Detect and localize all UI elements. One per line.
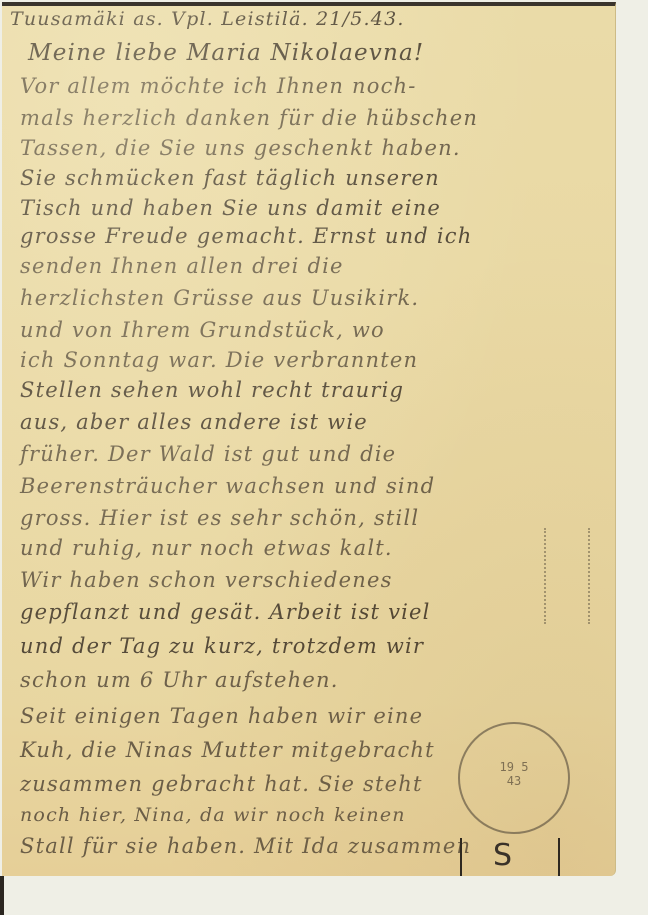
letter-line: senden Ihnen allen drei die	[20, 254, 344, 278]
letter-line: Tassen, die Sie uns geschenkt haben.	[20, 136, 461, 160]
letter-line: ich Sonntag war. Die verbrannten	[20, 348, 418, 372]
letter-line: gross. Hier ist es sehr schön, still	[20, 506, 419, 530]
letter-line: und ruhig, nur noch etwas kalt.	[20, 536, 393, 560]
letter-line: schon um 6 Uhr aufstehen.	[20, 668, 339, 692]
letter-line: herzlichsten Grüsse aus Uusikirk.	[20, 286, 419, 310]
letter-line: gepflanzt und gesät. Arbeit ist viel	[20, 600, 431, 624]
letter-line: Kuh, die Ninas Mutter mitgebracht	[20, 738, 435, 762]
header-line: Tuusamäki as. Vpl. Leistilä. 21/5.43.	[10, 8, 405, 30]
letter-line: grosse Freude gemacht. Ernst und ich	[20, 224, 472, 248]
letter-line: und von Ihrem Grundstück, wo	[20, 318, 385, 342]
letter-line: mals herzlich danken für die hübschen	[20, 106, 478, 130]
letter-line: noch hier, Nina, da wir noch keinen	[20, 804, 406, 826]
letter-line: aus, aber alles andere ist wie	[20, 410, 368, 434]
postmark-text: 19 5 43	[490, 760, 538, 788]
letter-line: Sie schmücken fast täglich unseren	[20, 166, 440, 190]
letter-line: Stall für sie haben. Mit Ida zusammen	[20, 834, 471, 858]
dotted-guide-line	[544, 528, 546, 624]
letter-line: Wir haben schon verschiedenes	[20, 568, 393, 592]
letter-line: früher. Der Wald ist gut und die	[20, 442, 396, 466]
scan-edge-strip	[0, 876, 4, 915]
letter-line: Seit einigen Tagen haben wir eine	[20, 704, 423, 728]
letter-line: Tisch und haben Sie uns damit eine	[20, 196, 441, 220]
salutation: Meine liebe Maria Nikolaevna!	[28, 40, 424, 66]
letter-line: zusammen gebracht hat. Sie steht	[20, 772, 423, 796]
letter-line: Stellen sehen wohl recht traurig	[20, 378, 404, 402]
letter-line: Beerensträucher wachsen und sind	[20, 474, 435, 498]
letter-line: Vor allem möchte ich Ihnen noch-	[20, 74, 417, 98]
bottom-s-mark: S	[493, 838, 512, 874]
dotted-guide-line	[588, 528, 590, 624]
letter-line: und der Tag zu kurz, trotzdem wir	[20, 634, 424, 658]
bracket-left	[460, 838, 462, 876]
bracket-right	[558, 838, 560, 876]
